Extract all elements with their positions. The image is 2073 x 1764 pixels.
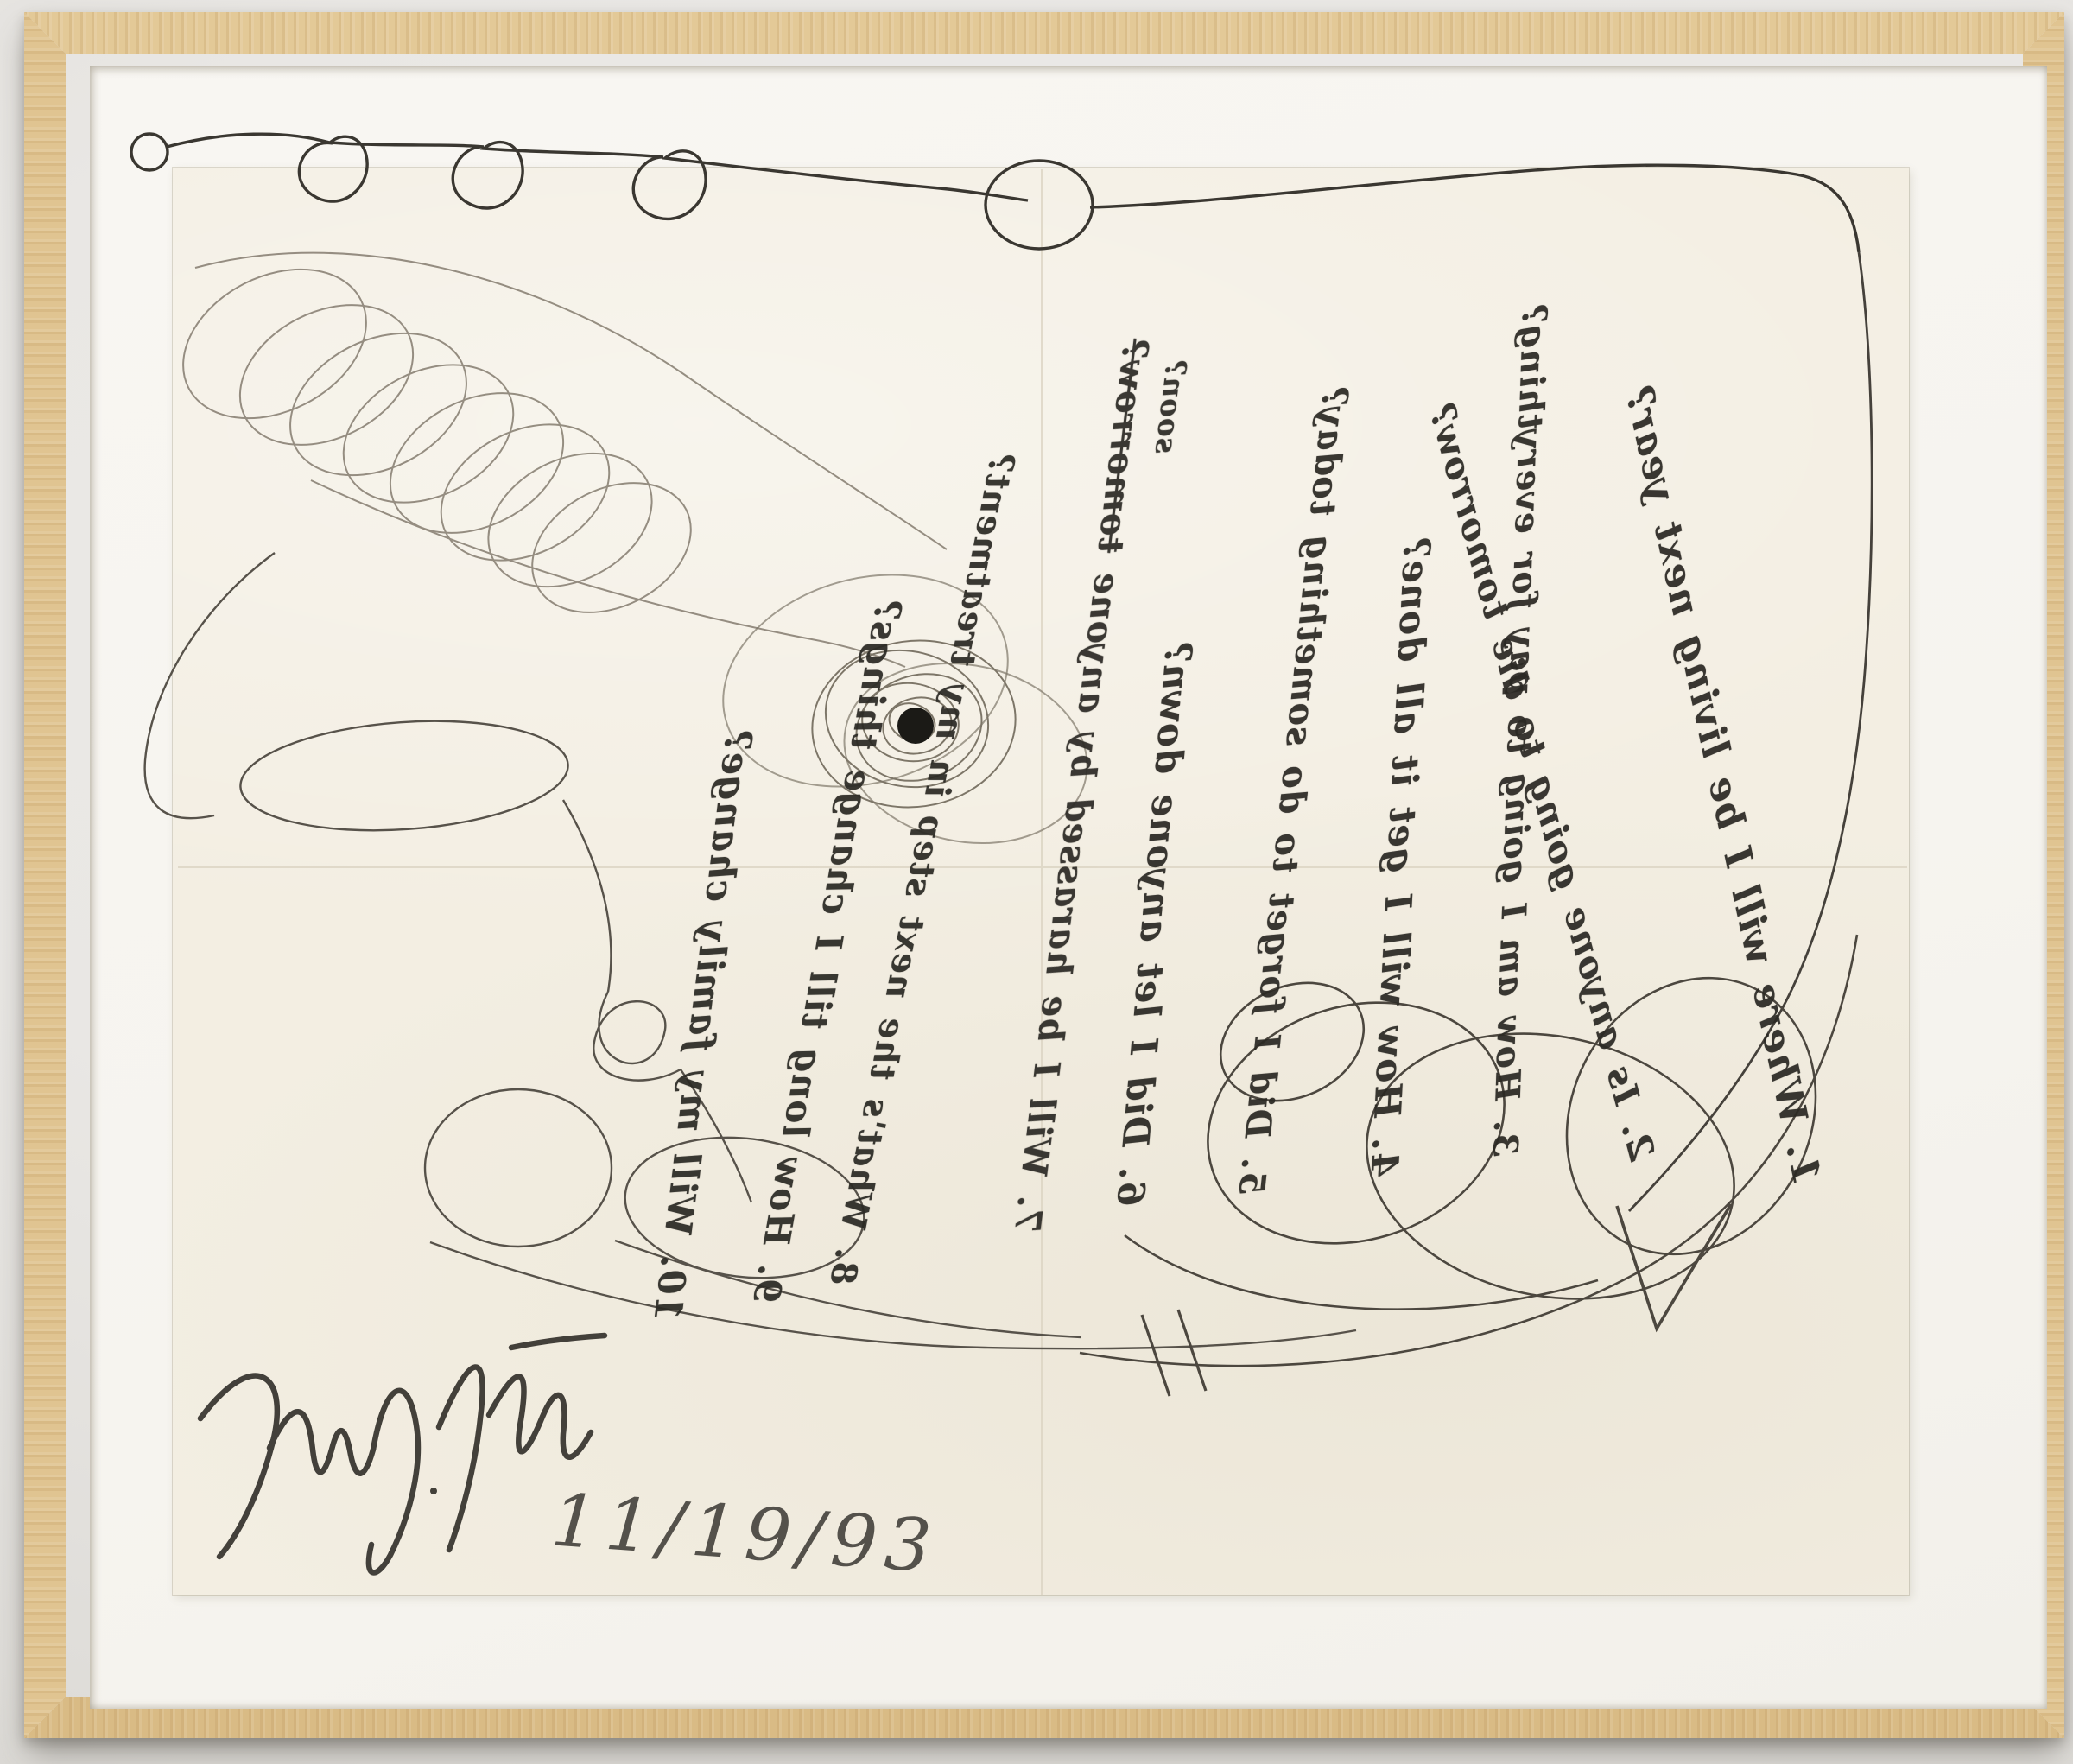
top-looping-line [131,134,1859,252]
bottom-right-loop-cluster [1080,935,1862,1396]
left-loop-chain [158,240,947,667]
photograph-of-framed-artwork: 1. Where will I be living next year? 2. … [0,0,2073,1764]
center-spiral-scribble [698,543,1104,865]
paper-crease-lines [178,169,1907,1595]
right-boundary-line [1629,252,1872,1211]
artist-signature [200,1336,605,1573]
